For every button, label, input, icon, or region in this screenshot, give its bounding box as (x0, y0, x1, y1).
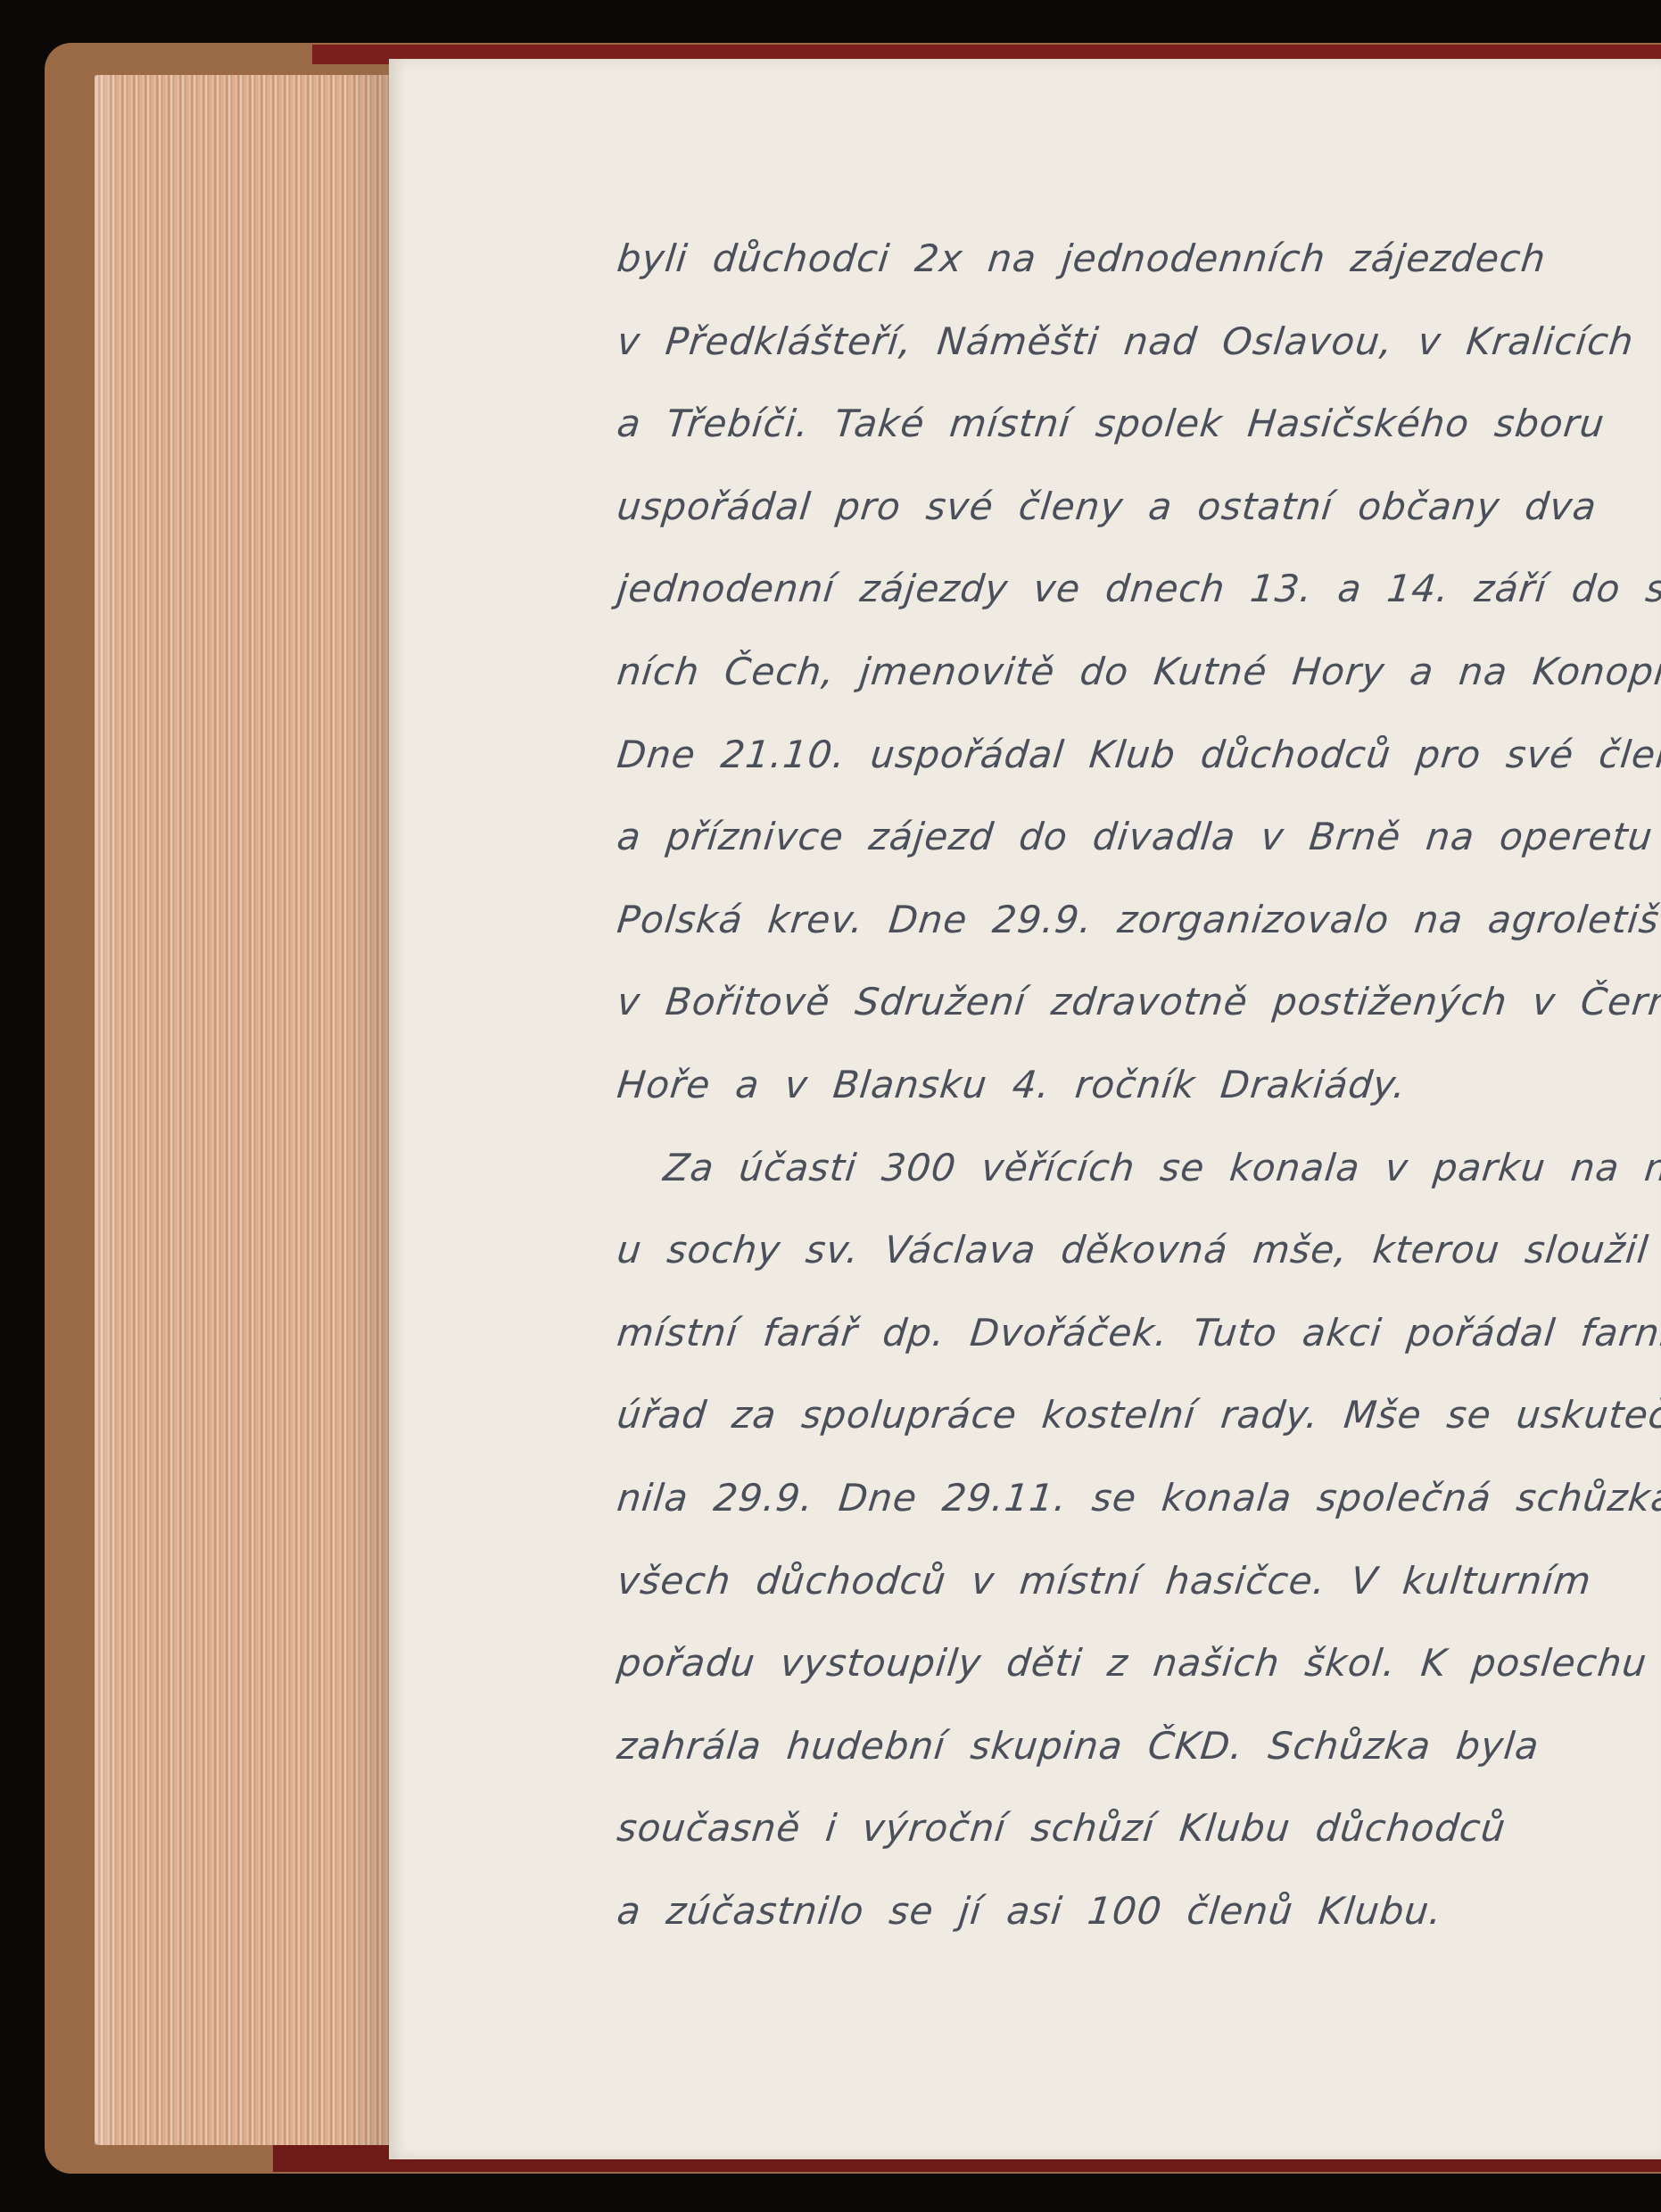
text-line: a zúčastnilo se jí asi 100 členů Klubu. (613, 1870, 1657, 1953)
handwritten-text-block: byli důchodci 2x na jednodenních zájezde… (617, 218, 1652, 1952)
text-line: místní farář dp. Dvořáček. Tuto akci poř… (613, 1292, 1657, 1375)
text-line: Polská krev. Dne 29.9. zorganizovalo na … (613, 879, 1657, 962)
text-line: uspořádal pro své členy a ostatní občany… (613, 466, 1657, 549)
text-line: všech důchodců v místní hasičce. V kultu… (613, 1540, 1657, 1623)
text-line: zahrála hudební skupina ČKD. Schůzka byl… (613, 1705, 1657, 1788)
paragraph-start-line: Za účasti 300 věřících se konala v parku… (613, 1127, 1657, 1210)
text-line: současně i výroční schůzí Klubu důchodců (613, 1787, 1657, 1870)
text-line: v Předklášteří, Náměšti nad Oslavou, v K… (613, 301, 1657, 384)
text-line: pořadu vystoupily děti z našich škol. K … (613, 1622, 1657, 1705)
text-line: a příznivce zájezd do divadla v Brně na … (613, 796, 1657, 879)
text-line: Hoře a v Blansku 4. ročník Drakiády. (613, 1044, 1657, 1127)
text-line: nila 29.9. Dne 29.11. se konala společná… (613, 1457, 1657, 1540)
fore-edge-shading (95, 75, 389, 2145)
book-fore-edge (95, 75, 389, 2145)
text-line: Dne 21.10. uspořádal Klub důchodců pro s… (613, 714, 1657, 797)
text-line: ních Čech, jmenovitě do Kutné Hory a na … (613, 631, 1657, 714)
text-line: jednodenní zájezdy ve dnech 13. a 14. zá… (613, 548, 1657, 631)
text-line: v Bořitově Sdružení zdravotně postiženýc… (613, 961, 1657, 1044)
text-line: a Třebíči. Také místní spolek Hasičského… (613, 383, 1657, 466)
handwritten-page: byli důchodci 2x na jednodenních zájezde… (389, 59, 1661, 2159)
text-line: byli důchodci 2x na jednodenních zájezde… (613, 218, 1657, 301)
text-line: u sochy sv. Václava děkovná mše, kterou … (613, 1209, 1657, 1292)
text-line: úřad za spolupráce kostelní rady. Mše se… (613, 1374, 1657, 1457)
